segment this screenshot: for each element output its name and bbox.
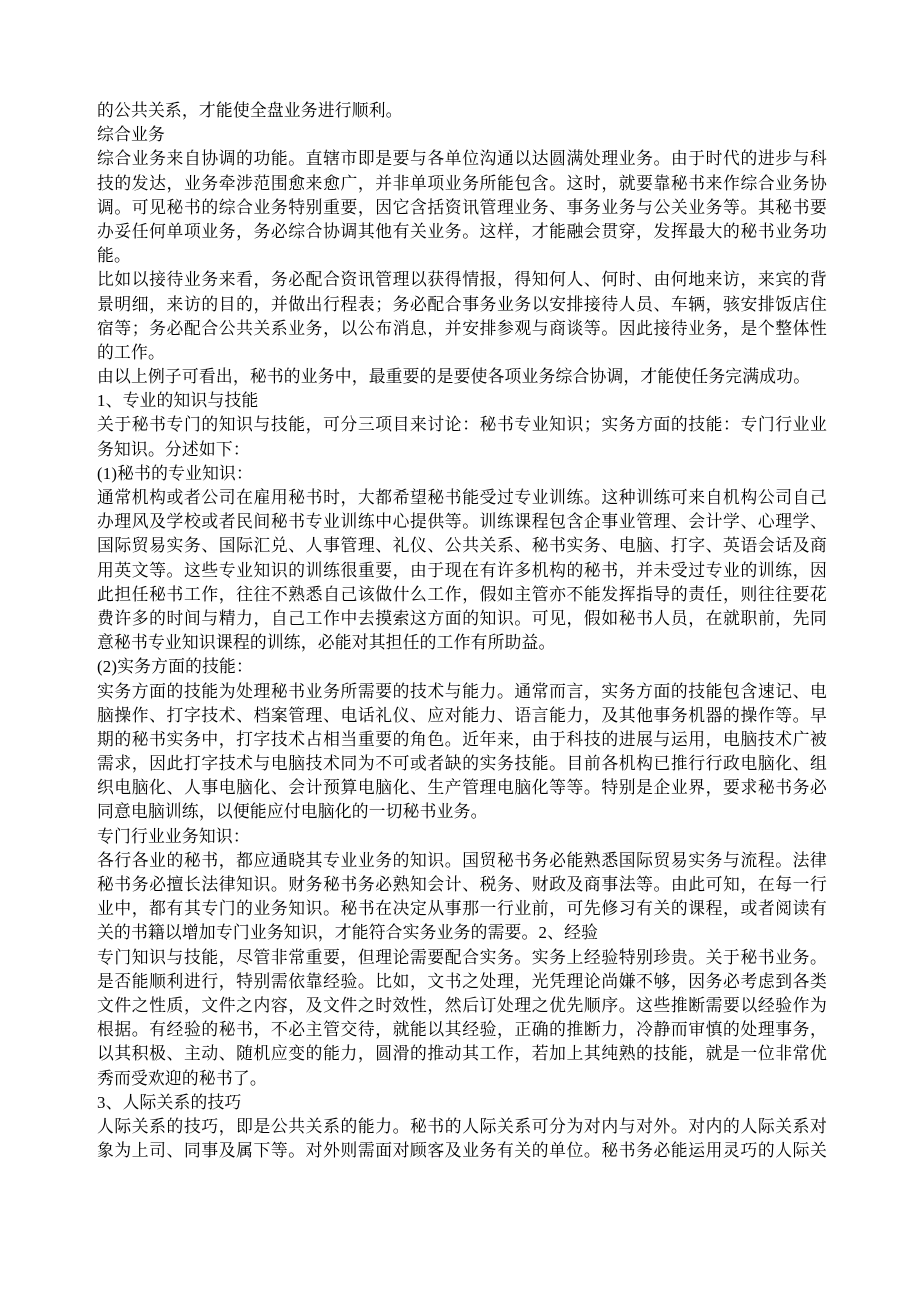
text-line: 比如以接待业务来看，务必配合资讯管理以获得情报，得知何人、何时、由何地来访，来宾… [97, 268, 827, 292]
text-line: 宿等；务必配合公共关系业务，以公布消息，并安排参观与商谈等。因此接待业务，是个整… [97, 317, 827, 341]
text-line: 文件之性质，文件之内容，及文件之时效性，然后订处理之优先顺序。这些推断需要以经验… [97, 994, 827, 1018]
text-line: 以其积极、主动、随机应变的能力，圆滑的推动其工作，若加上其纯熟的技能，就是一位非… [97, 1042, 827, 1066]
text-line: (2)实务方面的技能： [97, 655, 827, 679]
text-line: 秘书务必擅长法律知识。财务秘书务必熟知会计、税务、财政及商事法等。由此可知，在每… [97, 873, 827, 897]
text-line: 业中，都有其专门的业务知识。秘书在决定从事那一行业前，可先修习有关的课程，或者阅… [97, 897, 827, 921]
text-line: 1、专业的知识与技能 [97, 389, 827, 413]
text-line: 秀而受欢迎的秘书了。 [97, 1067, 827, 1091]
text-line: 综合业务 [97, 123, 827, 147]
text-line: 织电脑化、人事电脑化、会计预算电脑化、生产管理电脑化等等。特别是企业界，要求秘书… [97, 776, 827, 800]
text-line: 根据。有经验的秘书，不必主管交待，就能以其经验，正确的推断力，冷静而审慎的处理事… [97, 1018, 827, 1042]
text-line: 办妥任何单项业务，务必综合协调其他有关业务。这样，才能融会贯穿，发挥最大的秘书业… [97, 220, 827, 244]
text-line: 各行各业的秘书，都应通晓其专业业务的知识。国贸秘书务必能熟悉国际贸易实务与流程。… [97, 849, 827, 873]
text-line: 需求，因此打字技术与电脑技术同为不可或者缺的实务技能。目前各机构已推行行政电脑化… [97, 752, 827, 776]
text-line: 技的发达，业务牵涉范围愈来愈广，并非单项业务所能包含。这时，就要靠秘书来作综合业… [97, 172, 827, 196]
text-line: 期的秘书实务中，打字技术占相当重要的角色。近年来，由于科技的进展与运用，电脑技术… [97, 728, 827, 752]
text-line: 关的书籍以增加专门业务知识，才能符合实务业务的需要。2、经验 [97, 921, 827, 945]
text-line: 是否能顺利进行，特别需依靠经验。比如，文书之处理，光凭理论尚嫌不够，因务必考虑到… [97, 970, 827, 994]
text-line: 同意电脑训练，以便能应付电脑化的一切秘书业务。 [97, 800, 827, 824]
text-line: 办理风及学校或者民间秘书专业训练中心提供等。训练课程包含企事业管理、会计学、心理… [97, 510, 827, 534]
text-line: 意秘书专业知识课程的训练，必能对其担任的工作有所助益。 [97, 631, 827, 655]
text-line: 通常机构或者公司在雇用秘书时，大都希望秘书能受过专业训练。这种训练可来自机构公司… [97, 486, 827, 510]
document-text: 的公共关系，才能使全盘业务进行顺利。综合业务综合业务来自协调的功能。直辖市即是要… [97, 99, 827, 1163]
text-line: 脑操作、打字技术、档案管理、电话礼仪、应对能力、语言能力，及其他事务机器的操作等… [97, 704, 827, 728]
text-line: 3、人际关系的技巧 [97, 1091, 827, 1115]
text-line: 景明细，来访的目的，并做出行程表；务必配合事务业务以安排接待人员、车辆，骇安排饭… [97, 293, 827, 317]
document-page: 的公共关系，才能使全盘业务进行顺利。综合业务综合业务来自协调的功能。直辖市即是要… [0, 0, 920, 1301]
text-line: 的公共关系，才能使全盘业务进行顺利。 [97, 99, 827, 123]
text-line: 由以上例子可看出，秘书的业务中，最重要的是要使各项业务综合协调，才能使任务完满成… [97, 365, 827, 389]
text-line: 此担任秘书工作，往往不熟悉自己该做什么工作，假如主管亦不能发挥指导的责任，则往往… [97, 583, 827, 607]
text-line: 调。可见秘书的综合业务特别重要，因它含括资讯管理业务、事务业务与公关业务等。其秘… [97, 196, 827, 220]
text-line: 专门行业业务知识： [97, 825, 827, 849]
text-line: 的工作。 [97, 341, 827, 365]
text-line: 用英文等。这些专业知识的训练很重要，由于现在有许多机构的秘书，并未受过专业的训练… [97, 559, 827, 583]
text-line: 关于秘书专门的知识与技能，可分三项目来讨论：秘书专业知识；实务方面的技能：专门行… [97, 413, 827, 437]
text-line: 综合业务来自协调的功能。直辖市即是要与各单位沟通以达圆满处理业务。由于时代的进步… [97, 147, 827, 171]
text-line: (1)秘书的专业知识： [97, 462, 827, 486]
text-line: 象为上司、同事及属下等。对外则需面对顾客及业务有关的单位。秘书务必能运用灵巧的人… [97, 1139, 827, 1163]
text-line: 能。 [97, 244, 827, 268]
text-line: 人际关系的技巧，即是公共关系的能力。秘书的人际关系可分为对内与对外。对内的人际关… [97, 1115, 827, 1139]
text-line: 实务方面的技能为处理秘书业务所需要的技术与能力。通常而言，实务方面的技能包含速记… [97, 680, 827, 704]
text-line: 务知识。分述如下： [97, 438, 827, 462]
text-line: 费许多的时间与精力，自己工作中去摸索这方面的知识。可见，假如秘书人员，在就职前，… [97, 607, 827, 631]
text-line: 专门知识与技能，尽管非常重要，但理论需要配合实务。实务上经验特别珍贵。关于秘书业… [97, 946, 827, 970]
text-line: 国际贸易实务、国际汇兑、人事管理、礼仪、公共关系、秘书实务、电脑、打字、英语会话… [97, 534, 827, 558]
